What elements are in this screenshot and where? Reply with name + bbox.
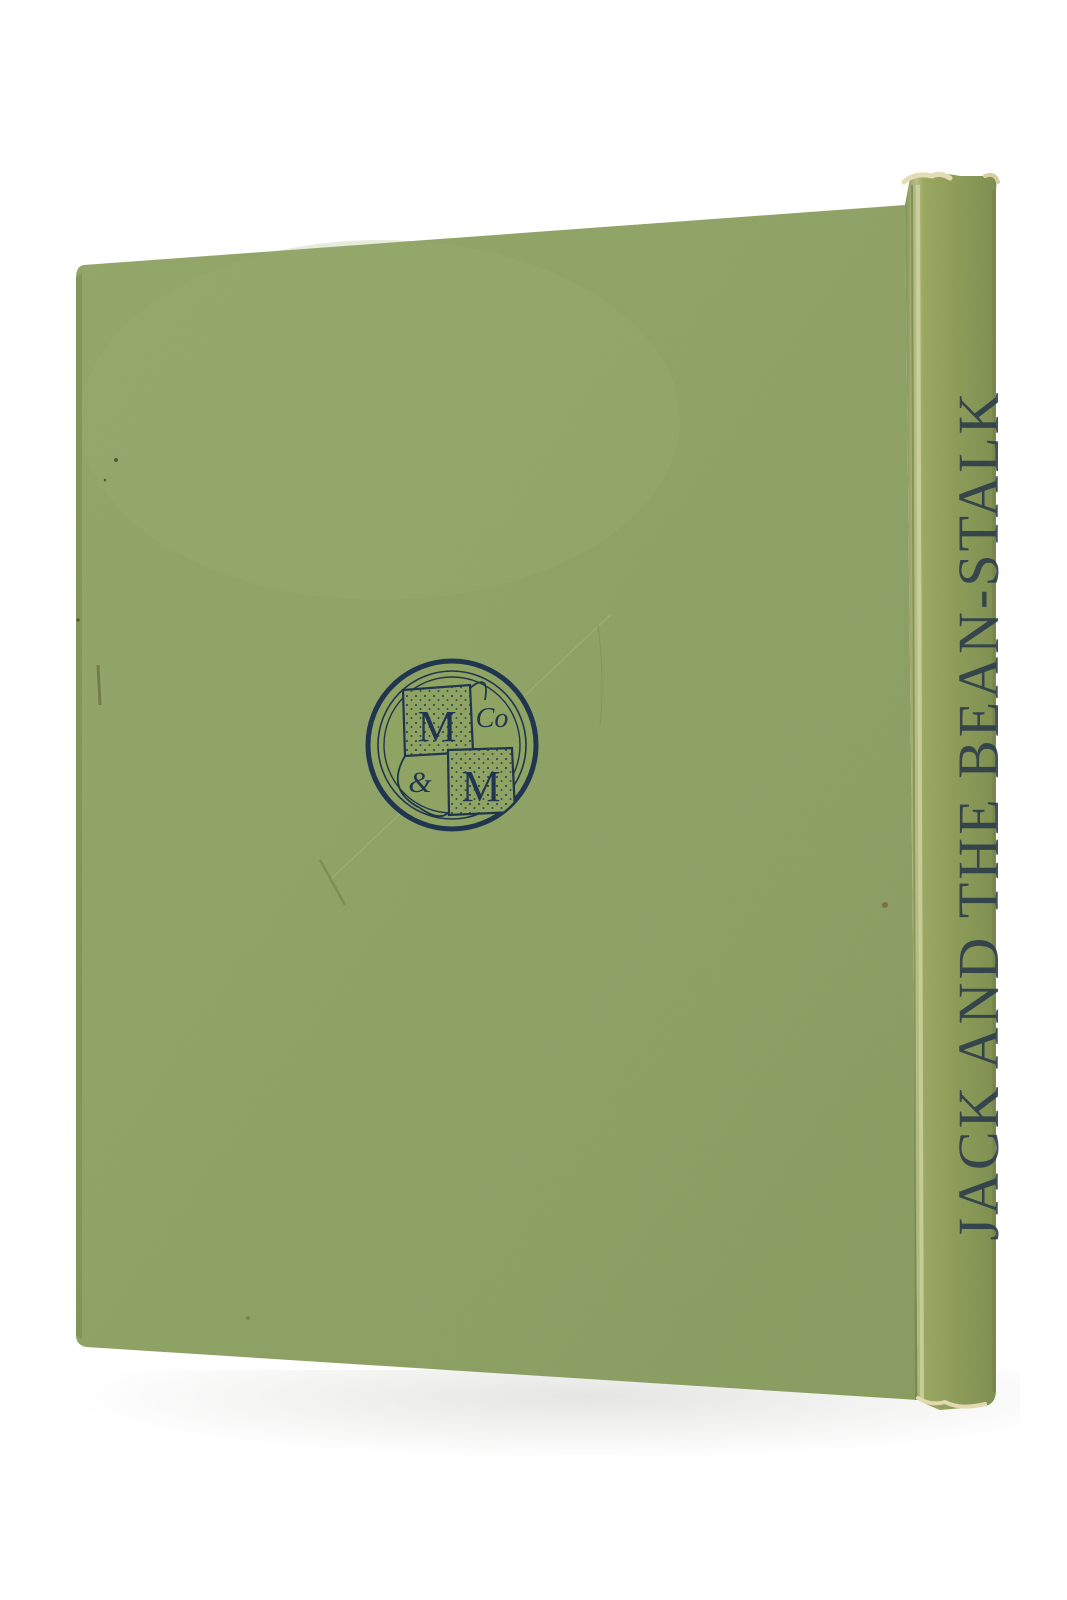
publisher-logo: M Co & M bbox=[368, 661, 536, 829]
book-photo-scene: M Co & M JACK AND THE BEAN-STALK bbox=[0, 0, 1067, 1600]
logo-letter-top-m: M bbox=[417, 702, 456, 751]
logo-text-co: Co bbox=[476, 703, 509, 734]
logo-letter-bottom-m: M bbox=[461, 762, 500, 811]
book-illustration: M Co & M bbox=[0, 0, 1067, 1600]
logo-ampersand: & bbox=[408, 766, 432, 799]
spine-title: JACK AND THE BEAN-STALK bbox=[950, 230, 1008, 1400]
